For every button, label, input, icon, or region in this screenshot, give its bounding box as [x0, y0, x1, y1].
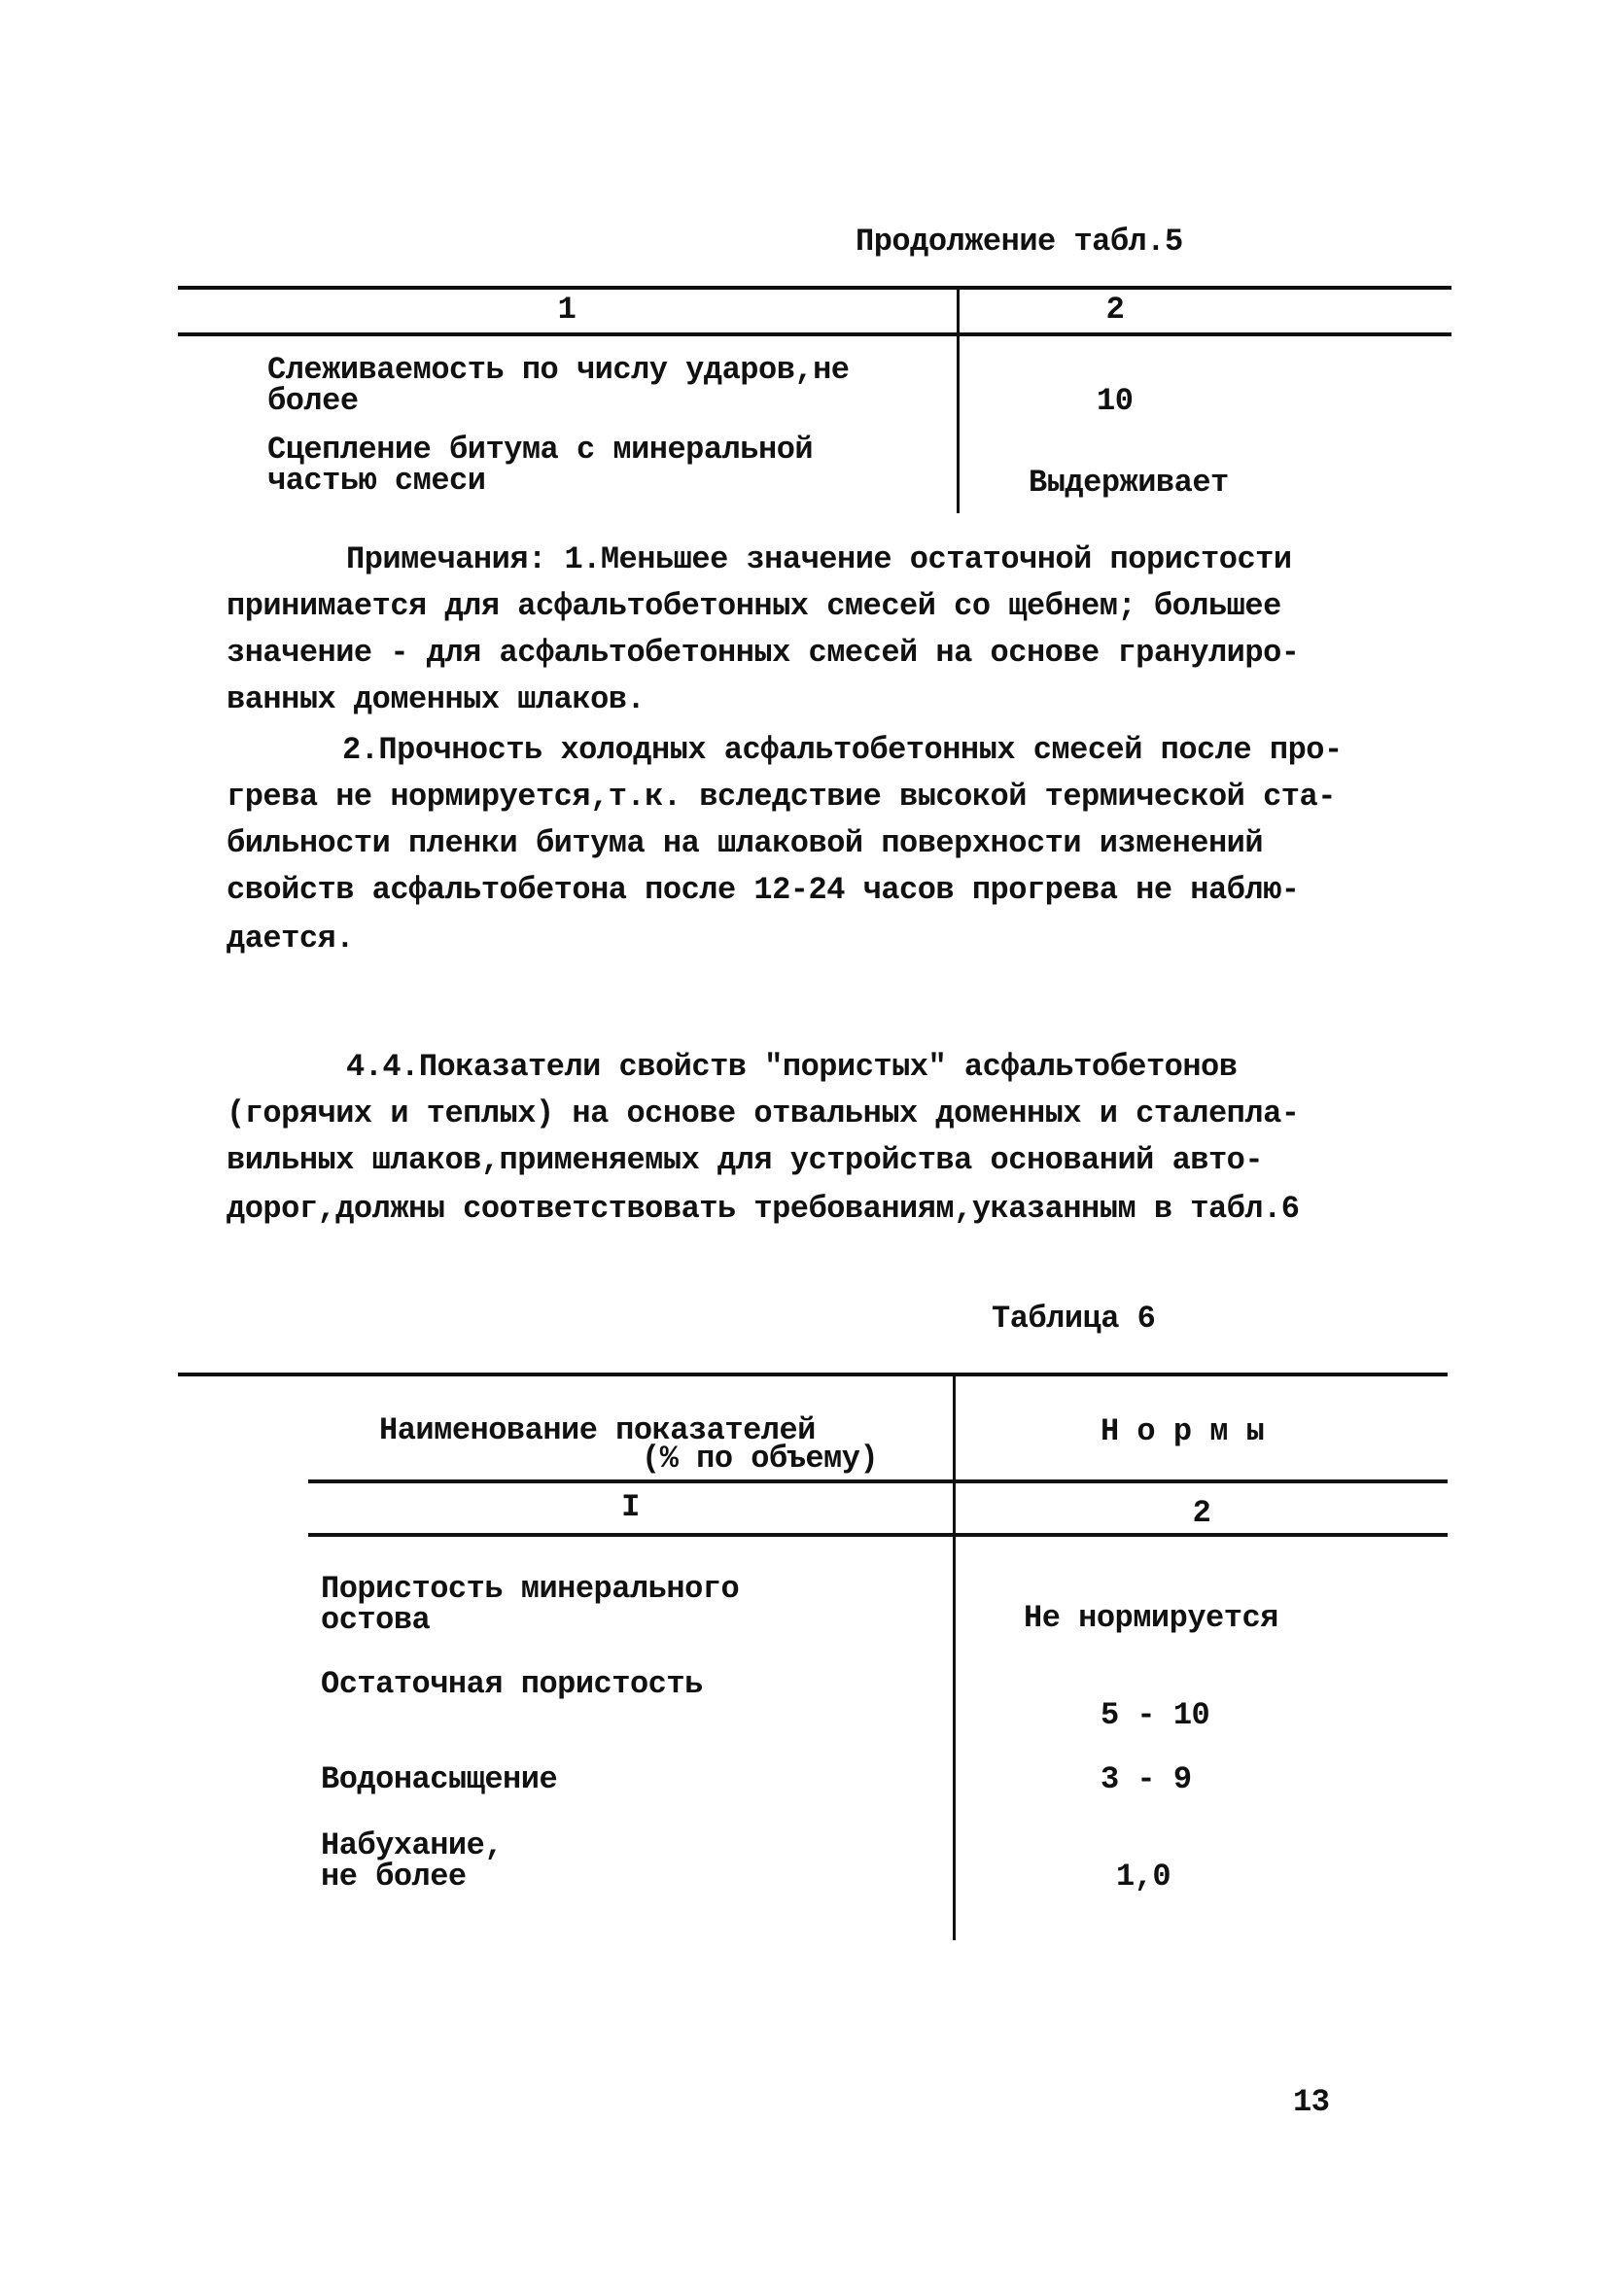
table5-col-header-2: 2 — [960, 294, 1271, 327]
table6-row-value: Не нормируется — [1024, 1602, 1278, 1635]
section-line: (горячих и теплых) на основе отвальных д… — [227, 1091, 1299, 1137]
table5-top-rule — [178, 286, 1451, 290]
table6-row-name: Пористость минерального — [321, 1573, 739, 1606]
table6-row-value: 3 - 9 — [1101, 1763, 1192, 1796]
table6-colnum-rule — [308, 1533, 1448, 1537]
table6-header-norms: Н о р м ы — [1101, 1415, 1264, 1448]
table5-row-value: 10 — [1097, 385, 1133, 418]
table6-row-name-cont: не более — [321, 1861, 467, 1894]
notes-line: Примечания: 1.Меньшее значение остаточно… — [346, 537, 1292, 583]
section-line: дорог,должны соответствовать требованиям… — [227, 1186, 1299, 1233]
table5-row-name-cont: более — [267, 385, 359, 418]
notes-line: грева не нормируется,т.к. вследствие выс… — [227, 774, 1336, 820]
page-number: 13 — [1293, 2086, 1329, 2119]
table6-row-value: 5 - 10 — [1101, 1699, 1209, 1732]
notes-line: ванных доменных шлаков. — [227, 677, 645, 723]
notes-line: 2.Прочность холодных асфальтобетонных см… — [342, 727, 1343, 774]
table5-row-name-cont: частью смеси — [267, 465, 485, 498]
table6-top-rule — [178, 1373, 1448, 1376]
table5-col-header-1: 1 — [178, 294, 956, 327]
table5-caption: Продолжение табл.5 — [856, 226, 1183, 259]
notes-line: принимается для асфальтобетонных смесей … — [227, 583, 1281, 630]
table6-caption: Таблица 6 — [992, 1303, 1155, 1336]
table6-header-rule — [308, 1479, 1448, 1483]
table5-row-name: Сцепление битума с минеральной — [267, 434, 813, 467]
notes-line: бильности пленки битума на шлаковой пове… — [227, 820, 1263, 867]
notes-line: дается. — [227, 916, 354, 962]
section-line: вильных шлаков,применяемых для устройств… — [227, 1137, 1263, 1184]
notes-line: свойств асфальтобетона после 12-24 часов… — [227, 867, 1299, 914]
table6-header-unit: (% по объему) — [642, 1443, 878, 1476]
section-line: 4.4.Показатели свойств "пористых" асфаль… — [346, 1044, 1237, 1091]
notes-line: значение - для асфальтобетонных смесей н… — [227, 630, 1299, 677]
table6-column-divider — [953, 1374, 956, 1940]
table6-row-name: Набухание, — [321, 1829, 503, 1862]
table6-row-name: Водонасыщение — [321, 1763, 557, 1796]
table6-colnum-1: I — [308, 1491, 953, 1524]
table6-row-name: Остаточная пористость — [321, 1668, 703, 1701]
table6-row-name-cont: остова — [321, 1604, 430, 1637]
table6-row-value: 1,0 — [1116, 1861, 1171, 1894]
table5-row-value: Выдерживает — [1029, 467, 1229, 500]
table5-row-name: Слеживаемость по числу ударов,не — [267, 354, 850, 387]
table5-header-rule — [178, 332, 1451, 336]
table6-colnum-2: 2 — [956, 1497, 1448, 1530]
